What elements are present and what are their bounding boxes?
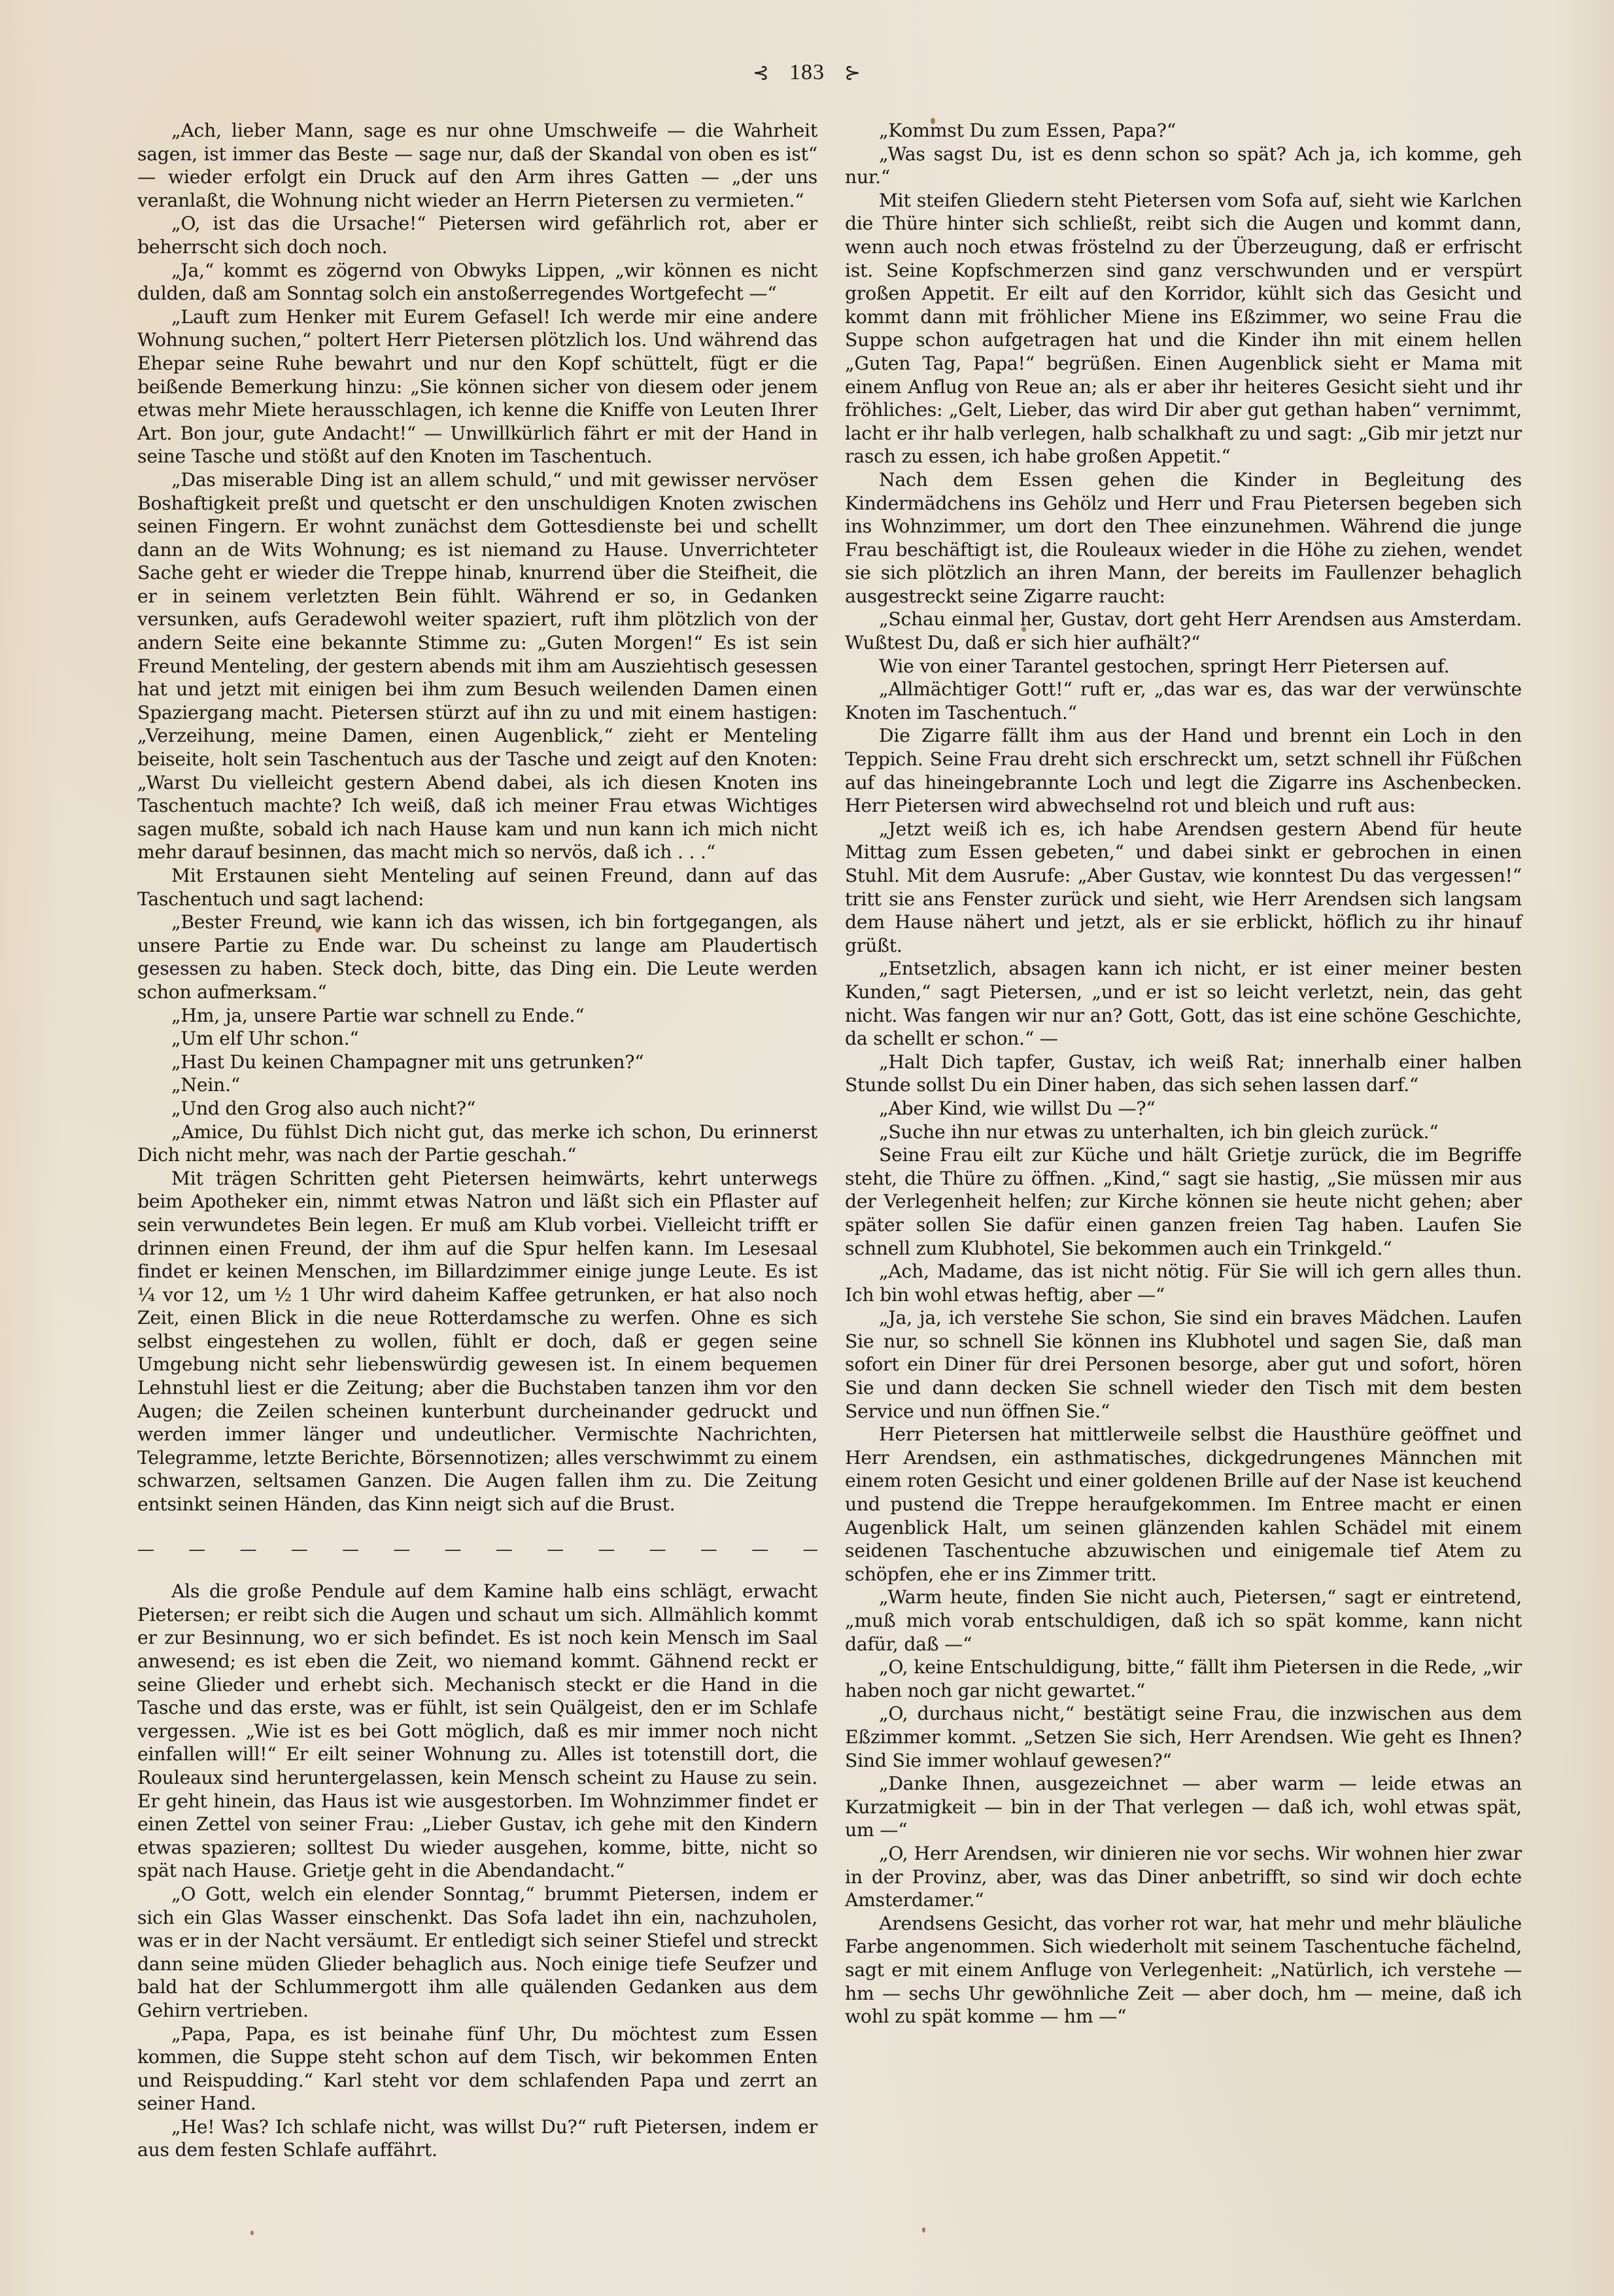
paragraph: „He! Was? Ich schlafe nicht, was willst … [137, 2115, 817, 2162]
paragraph: „Papa, Papa, es ist beinahe fünf Uhr, Du… [137, 2023, 817, 2115]
paragraph: „Danke Ihnen, ausgezeichnet — aber warm … [845, 1772, 1522, 1842]
paragraph: „Hast Du keinen Champagner mit uns getru… [137, 1051, 817, 1074]
paragraph: „Schau einmal her, Gustav, dort geht Her… [845, 608, 1522, 654]
paragraph: Seine Frau eilt zur Küche und hält Griet… [845, 1143, 1522, 1260]
paragraph: Nach dem Essen gehen die Kinder in Begle… [845, 468, 1522, 608]
paper-stain [1022, 627, 1026, 632]
paragraph: Mit Erstaunen sieht Menteling auf seinen… [137, 864, 817, 911]
page-header: ⊰ 183 ⊱ [0, 60, 1614, 85]
paragraph: „O, ist das die Ursache!“ Pietersen wird… [137, 212, 817, 258]
paragraph: „Um elf Uhr schon.“ [137, 1027, 817, 1051]
paragraph: „O Gott, welch ein elender Sonntag,“ bru… [137, 1883, 817, 2023]
ornament-left-icon: ⊰ [753, 61, 770, 84]
paper-stain [315, 927, 320, 933]
paragraph: Herr Pietersen hat mittlerweile selbst d… [845, 1423, 1522, 1586]
paragraph: „Jetzt weiß ich es, ich habe Arendsen ge… [845, 818, 1522, 958]
paragraph: „Was sagst Du, ist es denn schon so spät… [845, 143, 1522, 189]
paper-stain [922, 2227, 925, 2233]
paragraph: „Suche ihn nur etwas zu unterhalten, ich… [845, 1121, 1522, 1144]
paragraph: „Ach, lieber Mann, sage es nur ohne Umsc… [137, 119, 817, 212]
paragraph: Mit steifen Gliedern steht Pietersen vom… [845, 189, 1522, 468]
paragraph: „Lauft zum Henker mit Eurem Gefasel! Ich… [137, 305, 817, 468]
paragraph: „O, Herr Arendsen, wir dinieren nie vor … [845, 1842, 1522, 1912]
paragraph: „Warm heute, finden Sie nicht auch, Piet… [845, 1586, 1522, 1656]
paragraph: „Aber Kind, wie willst Du —?“ [845, 1097, 1522, 1121]
paragraph: Die Zigarre fällt ihm aus der Hand und b… [845, 724, 1522, 817]
paragraph: Wie von einer Tarantel gestochen, spring… [845, 655, 1522, 678]
left-column: „Ach, lieber Mann, sage es nur ohne Umsc… [137, 119, 817, 2162]
paragraph: „Halt Dich tapfer, Gustav, ich weiß Rat;… [845, 1051, 1522, 1097]
paragraph: „O, durchaus nicht,“ bestätigt seine Fra… [845, 1702, 1522, 1772]
paper-stain [250, 2231, 254, 2235]
ornament-right-icon: ⊱ [844, 61, 861, 84]
paper-stain [931, 118, 935, 124]
paragraph: „Nein.“ [137, 1073, 817, 1097]
paragraph: Mit trägen Schritten geht Pietersen heim… [137, 1167, 817, 1516]
paragraph: „Ach, Madame, das ist nicht nötig. Für S… [845, 1260, 1522, 1306]
paragraph: „Und den Grog also auch nicht?“ [137, 1097, 817, 1121]
right-column: „Kommst Du zum Essen, Papa?“ „Was sagst … [845, 119, 1522, 2028]
paragraph: „Das miserable Ding ist an allem schuld,… [137, 468, 817, 864]
paragraph: „Entsetzlich, absagen kann ich nicht, er… [845, 957, 1522, 1050]
section-divider: — — — — — — — — — — — — — — — [137, 1539, 817, 1562]
paragraph: Als die große Pendule auf dem Kamine hal… [137, 1580, 817, 1883]
paragraph: „O, keine Entschuldigung, bitte,“ fällt … [845, 1656, 1522, 1702]
paragraph: „Amice, Du fühlst Dich nicht gut, das me… [137, 1121, 817, 1167]
paragraph: „Ja,“ kommt es zögernd von Obwyks Lippen… [137, 259, 817, 305]
paragraph: „Hm, ja, unsere Partie war schnell zu En… [137, 1004, 817, 1028]
page-number: 183 [789, 60, 825, 85]
paragraph: „Allmächtiger Gott!“ ruft er, „das war e… [845, 678, 1522, 724]
paragraph: „Kommst Du zum Essen, Papa?“ [845, 119, 1522, 143]
paragraph: „Ja, ja, ich verstehe Sie schon, Sie sin… [845, 1306, 1522, 1423]
paragraph: „Bester Freund, wie kann ich das wissen,… [137, 911, 817, 1003]
paragraph: Arendsens Gesicht, das vorher rot war, h… [845, 1912, 1522, 2028]
